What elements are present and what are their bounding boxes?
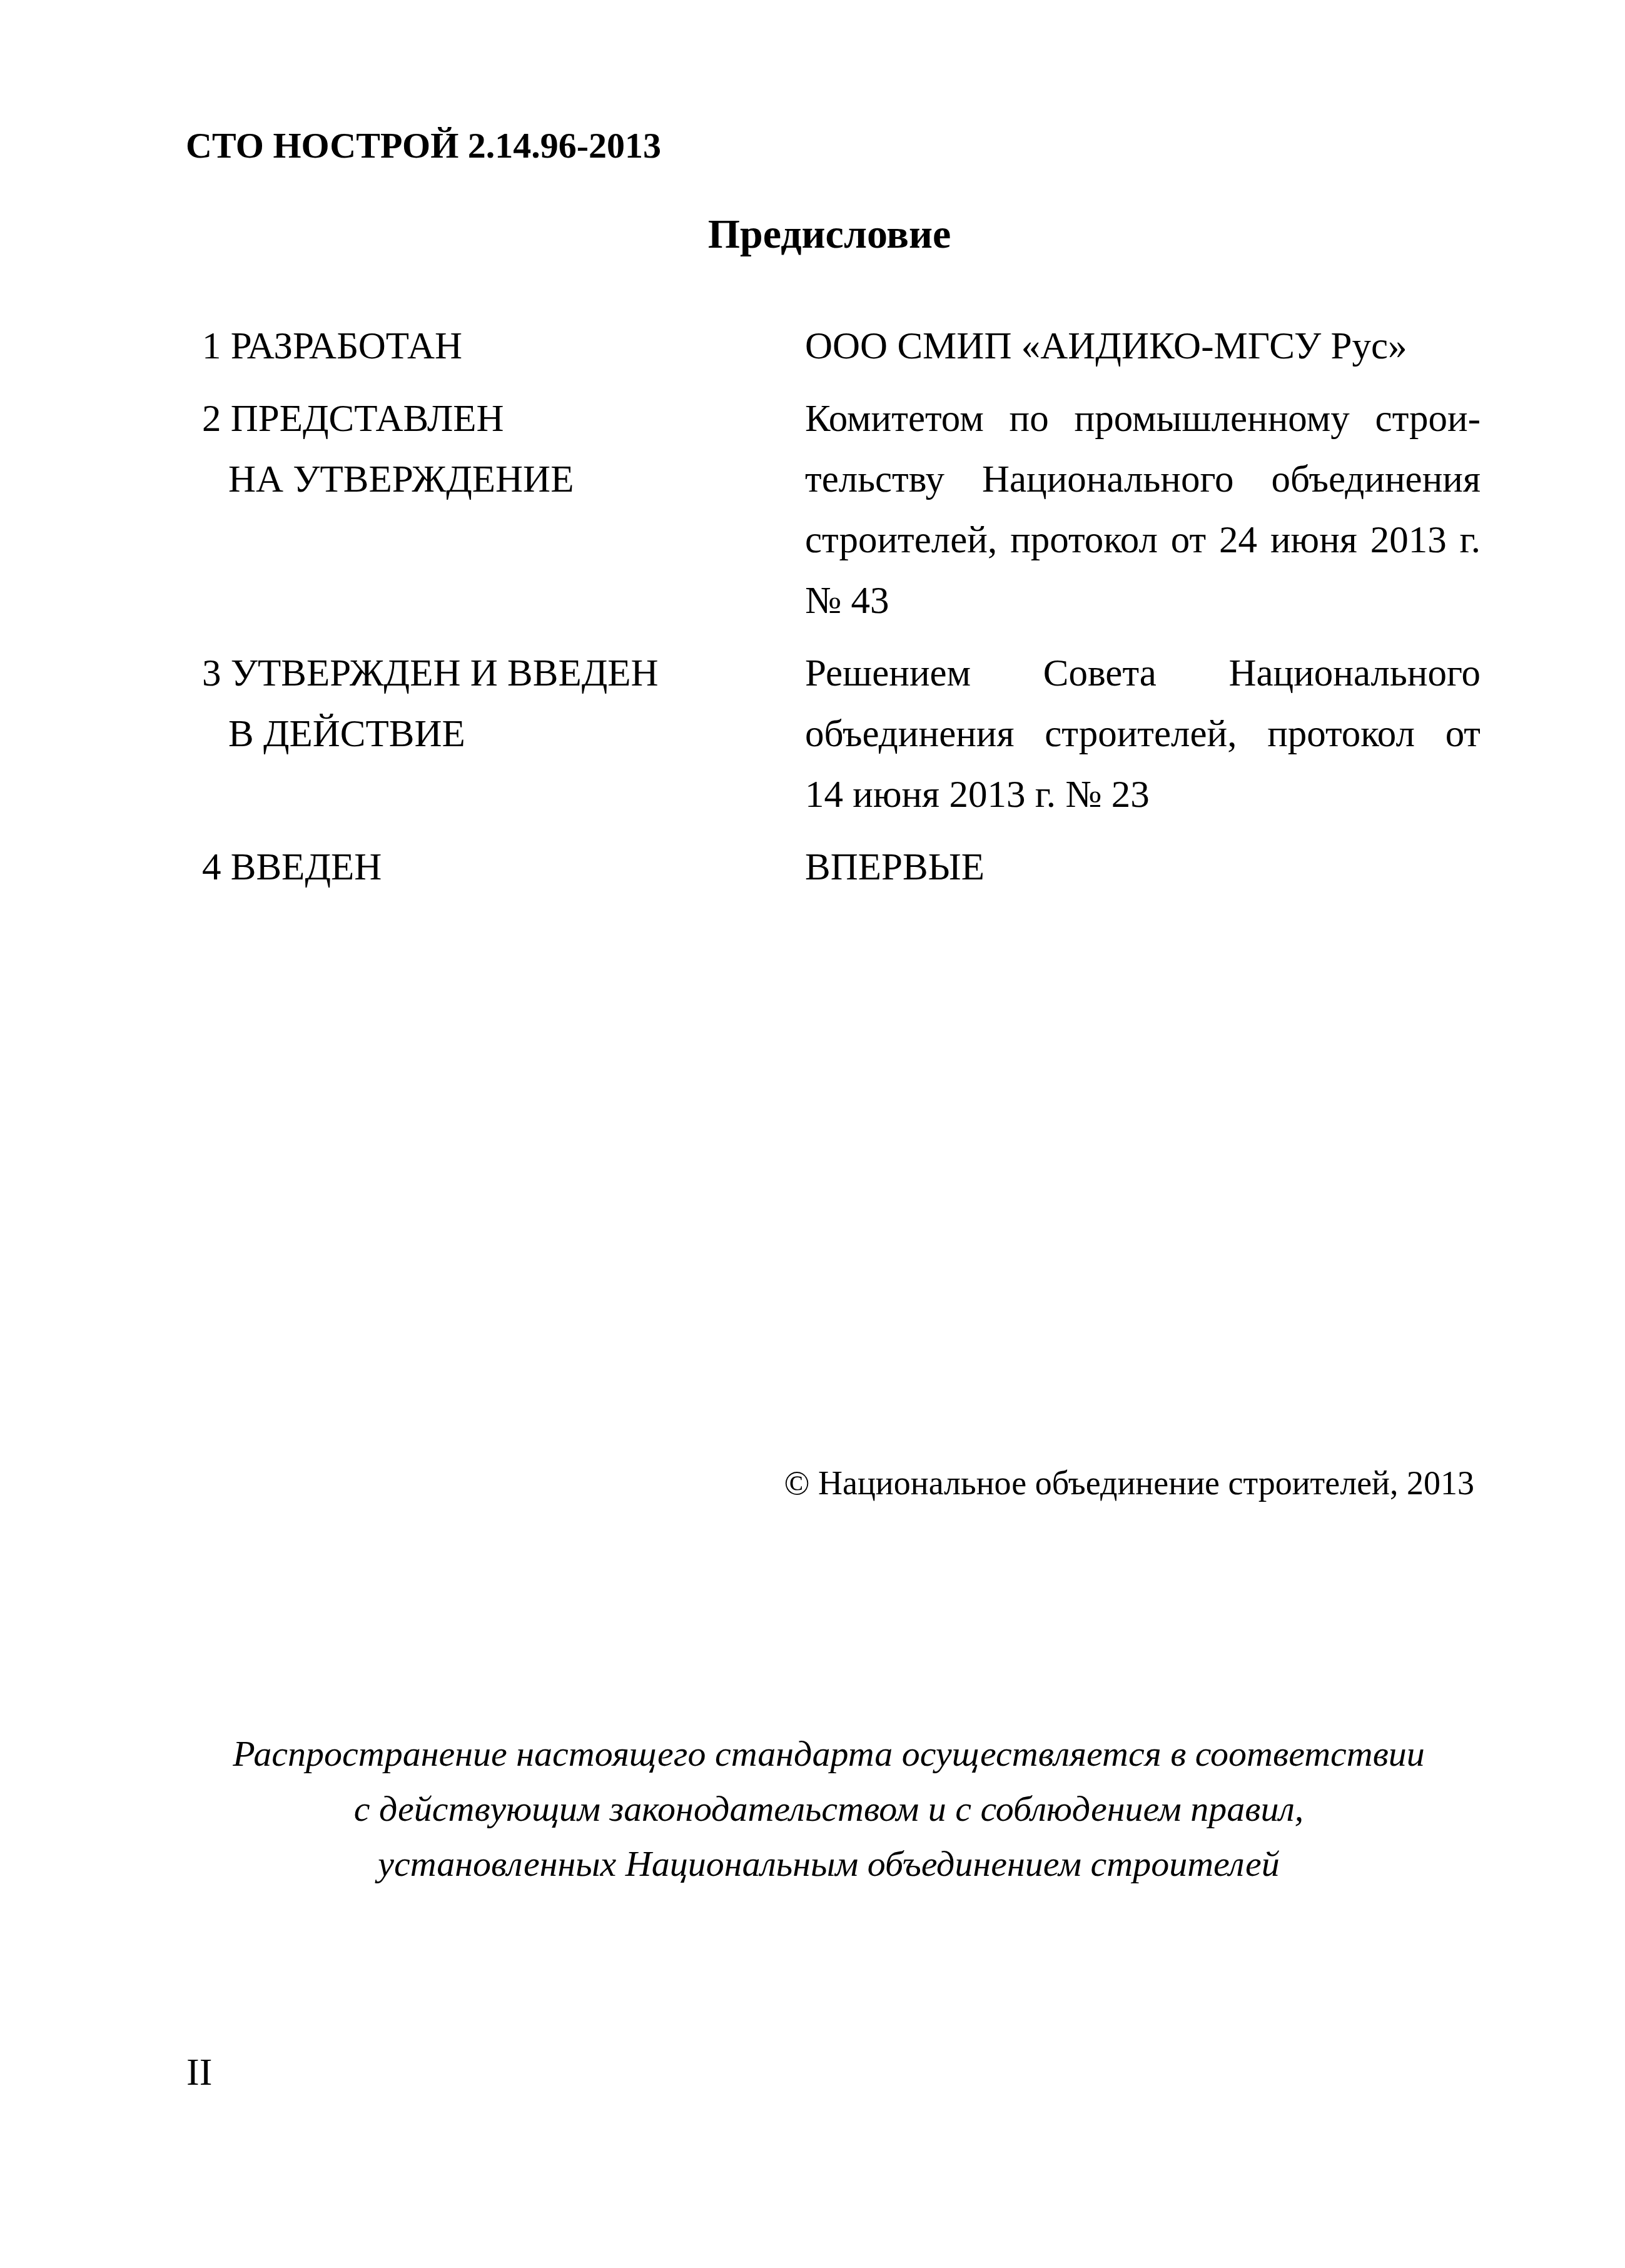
document-code: СТО НОСТРОЙ 2.14.96-2013 — [186, 124, 661, 167]
page-number: II — [186, 2050, 212, 2095]
text-line: строителей, протокол от 24 июня 2013 г. — [805, 510, 1481, 570]
text-line: НА УТВЕРЖДЕНИЕ — [202, 449, 805, 510]
text-line: ВПЕРВЫЕ — [805, 837, 1481, 898]
foreword-table: 1 РАЗРАБОТАН ООО СМИП «АИДИКО-МГСУ Рус» … — [202, 316, 1481, 898]
foreword-term-cell: 1 РАЗРАБОТАН — [202, 316, 805, 377]
note-line: с действующим законодательством и с собл… — [169, 1781, 1489, 1836]
text-line: тельству Национального объединения — [805, 449, 1481, 510]
foreword-term-cell: 3 УТВЕРЖДЕН И ВВЕДЕН В ДЕЙСТВИЕ — [202, 643, 805, 825]
document-page: СТО НОСТРОЙ 2.14.96-2013 Предисловие 1 Р… — [0, 0, 1625, 2268]
foreword-definition-cell: ООО СМИП «АИДИКО-МГСУ Рус» — [805, 316, 1481, 377]
text-line: В ДЕЙСТВИЕ — [202, 704, 805, 764]
section-title: Предисловие — [186, 211, 1473, 258]
text-line: 1 РАЗРАБОТАН — [202, 316, 805, 377]
text-line: ООО СМИП «АИДИКО-МГСУ Рус» — [805, 316, 1481, 377]
copyright-line: © Национальное объединение строителей, 2… — [186, 1464, 1474, 1502]
distribution-note: Распространение настоящего стандарта осу… — [169, 1726, 1489, 1891]
text-line: объединения строителей, протокол от — [805, 704, 1481, 764]
foreword-term-cell: 4 ВВЕДЕН — [202, 837, 805, 898]
text-line: 2 ПРЕДСТАВЛЕН — [202, 388, 805, 449]
text-line: 3 УТВЕРЖДЕН И ВВЕДЕН — [202, 643, 805, 704]
foreword-term-cell: 2 ПРЕДСТАВЛЕН НА УТВЕРЖДЕНИЕ — [202, 388, 805, 631]
foreword-definition-cell: ВПЕРВЫЕ — [805, 837, 1481, 898]
note-line: установленных Национальным объединением … — [169, 1836, 1489, 1891]
note-line: Распространение настоящего стандарта осу… — [169, 1726, 1489, 1781]
text-line: 14 июня 2013 г. № 23 — [805, 764, 1481, 825]
text-line: Комитетом по промышленному строи- — [805, 388, 1481, 449]
text-line: Решением Совета Национального — [805, 643, 1481, 704]
foreword-definition-cell: Решением Совета Национального объединени… — [805, 643, 1481, 825]
text-line: 4 ВВЕДЕН — [202, 837, 805, 898]
text-line: № 43 — [805, 570, 1481, 631]
foreword-definition-cell: Комитетом по промышленному строи- тельст… — [805, 388, 1481, 631]
